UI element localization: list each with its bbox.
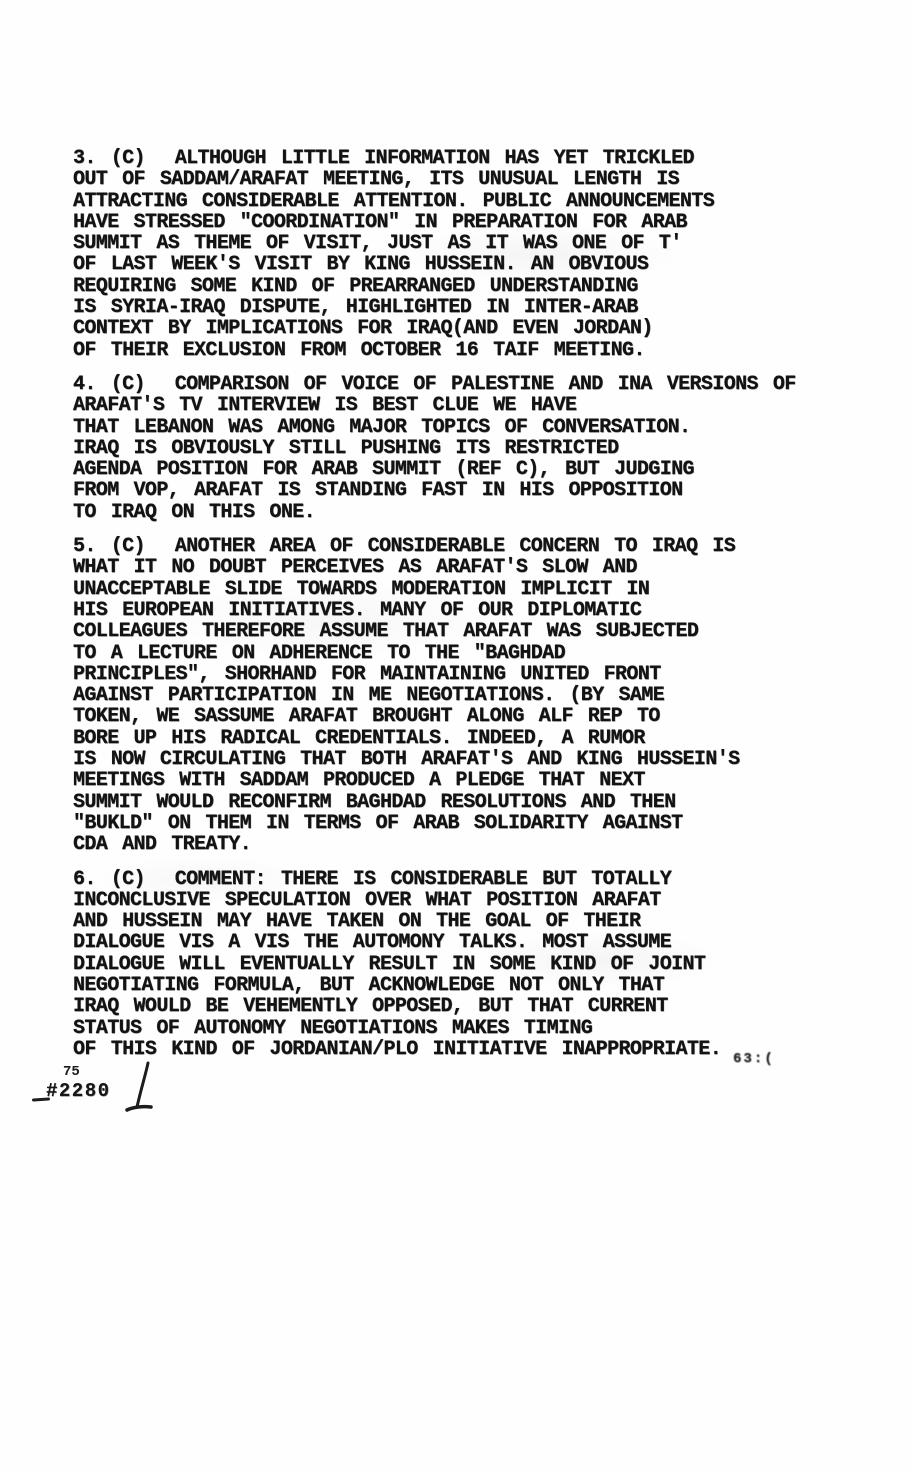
text-line: ATTRACTING CONSIDERABLE ATTENTION. PUBLI… (73, 191, 863, 212)
text-line: OF LAST WEEK'S VISIT BY KING HUSSEIN. AN… (73, 254, 863, 275)
text-line: CDA AND TREATY. (73, 834, 863, 855)
text-line: IS SYRIA-IRAQ DISPUTE, HIGHLIGHTED IN IN… (73, 297, 863, 318)
text-line: MEETINGS WITH SADDAM PRODUCED A PLEDGE T… (73, 770, 863, 791)
text-line: IRAQ WOULD BE VEHEMENTLY OPPOSED, BUT TH… (73, 996, 863, 1017)
text-line: CONTEXT BY IMPLICATIONS FOR IRAQ(AND EVE… (73, 318, 863, 339)
text-line: BORE UP HIS RADICAL CREDENTIALS. INDEED,… (73, 728, 863, 749)
text-line: ARAFAT'S TV INTERVIEW IS BEST CLUE WE HA… (73, 395, 863, 416)
text-line: STATUS OF AUTONOMY NEGOTIATIONS MAKES TI… (73, 1018, 863, 1039)
text-line: DIALOGUE VIS A VIS THE AUTOMONY TALKS. M… (73, 932, 863, 953)
text-line: 4. (C) COMPARISON OF VOICE OF PALESTINE … (73, 374, 863, 395)
scanned-cable-page: 3. (C) ALTHOUGH LITTLE INFORMATION HAS Y… (0, 0, 912, 1472)
text-line: INCONCLUSIVE SPECULATION OVER WHAT POSIT… (73, 890, 863, 911)
footer-page-number: 75 (63, 1064, 80, 1080)
text-line: AGENDA POSITION FOR ARAB SUMMIT (REF C),… (73, 459, 863, 480)
text-line: WHAT IT NO DOUBT PERCEIVES AS ARAFAT'S S… (73, 557, 863, 578)
text-line: PRINCIPLES", SHORHAND FOR MAINTAINING UN… (73, 664, 863, 685)
text-line: SUMMIT AS THEME OF VISIT, JUST AS IT WAS… (73, 233, 863, 254)
text-line: OF THEIR EXCLUSION FROM OCTOBER 16 TAIF … (73, 340, 863, 361)
text-line: AGAINST PARTICIPATION IN ME NEGOTIATIONS… (73, 685, 863, 706)
text-line: NEGOTIATING FORMULA, BUT ACKNOWLEDGE NOT… (73, 975, 863, 996)
footer-right-notation: 63:( (733, 1051, 775, 1067)
text-line: COLLEAGUES THEREFORE ASSUME THAT ARAFAT … (73, 621, 863, 642)
text-line: OUT OF SADDAM/ARAFAT MEETING, ITS UNUSUA… (73, 169, 863, 190)
text-line: IS NOW CIRCULATING THAT BOTH ARAFAT'S AN… (73, 749, 863, 770)
text-line: DIALOGUE WILL EVENTUALLY RESULT IN SOME … (73, 954, 863, 975)
text-line: REQUIRING SOME KIND OF PREARRANGED UNDER… (73, 276, 863, 297)
text-line: FROM VOP, ARAFAT IS STANDING FAST IN HIS… (73, 480, 863, 501)
paragraph-3: 3. (C) ALTHOUGH LITTLE INFORMATION HAS Y… (73, 148, 863, 361)
paragraph-4: 4. (C) COMPARISON OF VOICE OF PALESTINE … (73, 374, 863, 523)
text-line: HAVE STRESSED "COORDINATION" IN PREPARAT… (73, 212, 863, 233)
text-line: IRAQ IS OBVIOUSLY STILL PUSHING ITS REST… (73, 438, 863, 459)
footer-serial-number: #2280 (46, 1080, 111, 1102)
text-line: AND HUSSEIN MAY HAVE TAKEN ON THE GOAL O… (73, 911, 863, 932)
text-line: TO A LECTURE ON ADHERENCE TO THE "BAGHDA… (73, 643, 863, 664)
text-line: 6. (C) COMMENT: THERE IS CONSIDERABLE BU… (73, 869, 863, 890)
text-line: UNACCEPTABLE SLIDE TOWARDS MODERATION IM… (73, 579, 863, 600)
text-line: THAT LEBANON WAS AMONG MAJOR TOPICS OF C… (73, 417, 863, 438)
text-line: HIS EUROPEAN INITIATIVES. MANY OF OUR DI… (73, 600, 863, 621)
text-line: 3. (C) ALTHOUGH LITTLE INFORMATION HAS Y… (73, 148, 863, 169)
text-line: SUMMIT WOULD RECONFIRM BAGHDAD RESOLUTIO… (73, 792, 863, 813)
paragraph-6: 6. (C) COMMENT: THERE IS CONSIDERABLE BU… (73, 869, 863, 1061)
text-line: 5. (C) ANOTHER AREA OF CONSIDERABLE CONC… (73, 536, 863, 557)
handwritten-slash-mark (125, 1061, 159, 1117)
cable-body-text: 3. (C) ALTHOUGH LITTLE INFORMATION HAS Y… (73, 148, 863, 1060)
text-line: TOKEN, WE SASSUME ARAFAT BROUGHT ALONG A… (73, 706, 863, 727)
text-line: "BUKLD" ON THEM IN TERMS OF ARAB SOLIDAR… (73, 813, 863, 834)
paragraph-5: 5. (C) ANOTHER AREA OF CONSIDERABLE CONC… (73, 536, 863, 855)
text-line: TO IRAQ ON THIS ONE. (73, 502, 863, 523)
